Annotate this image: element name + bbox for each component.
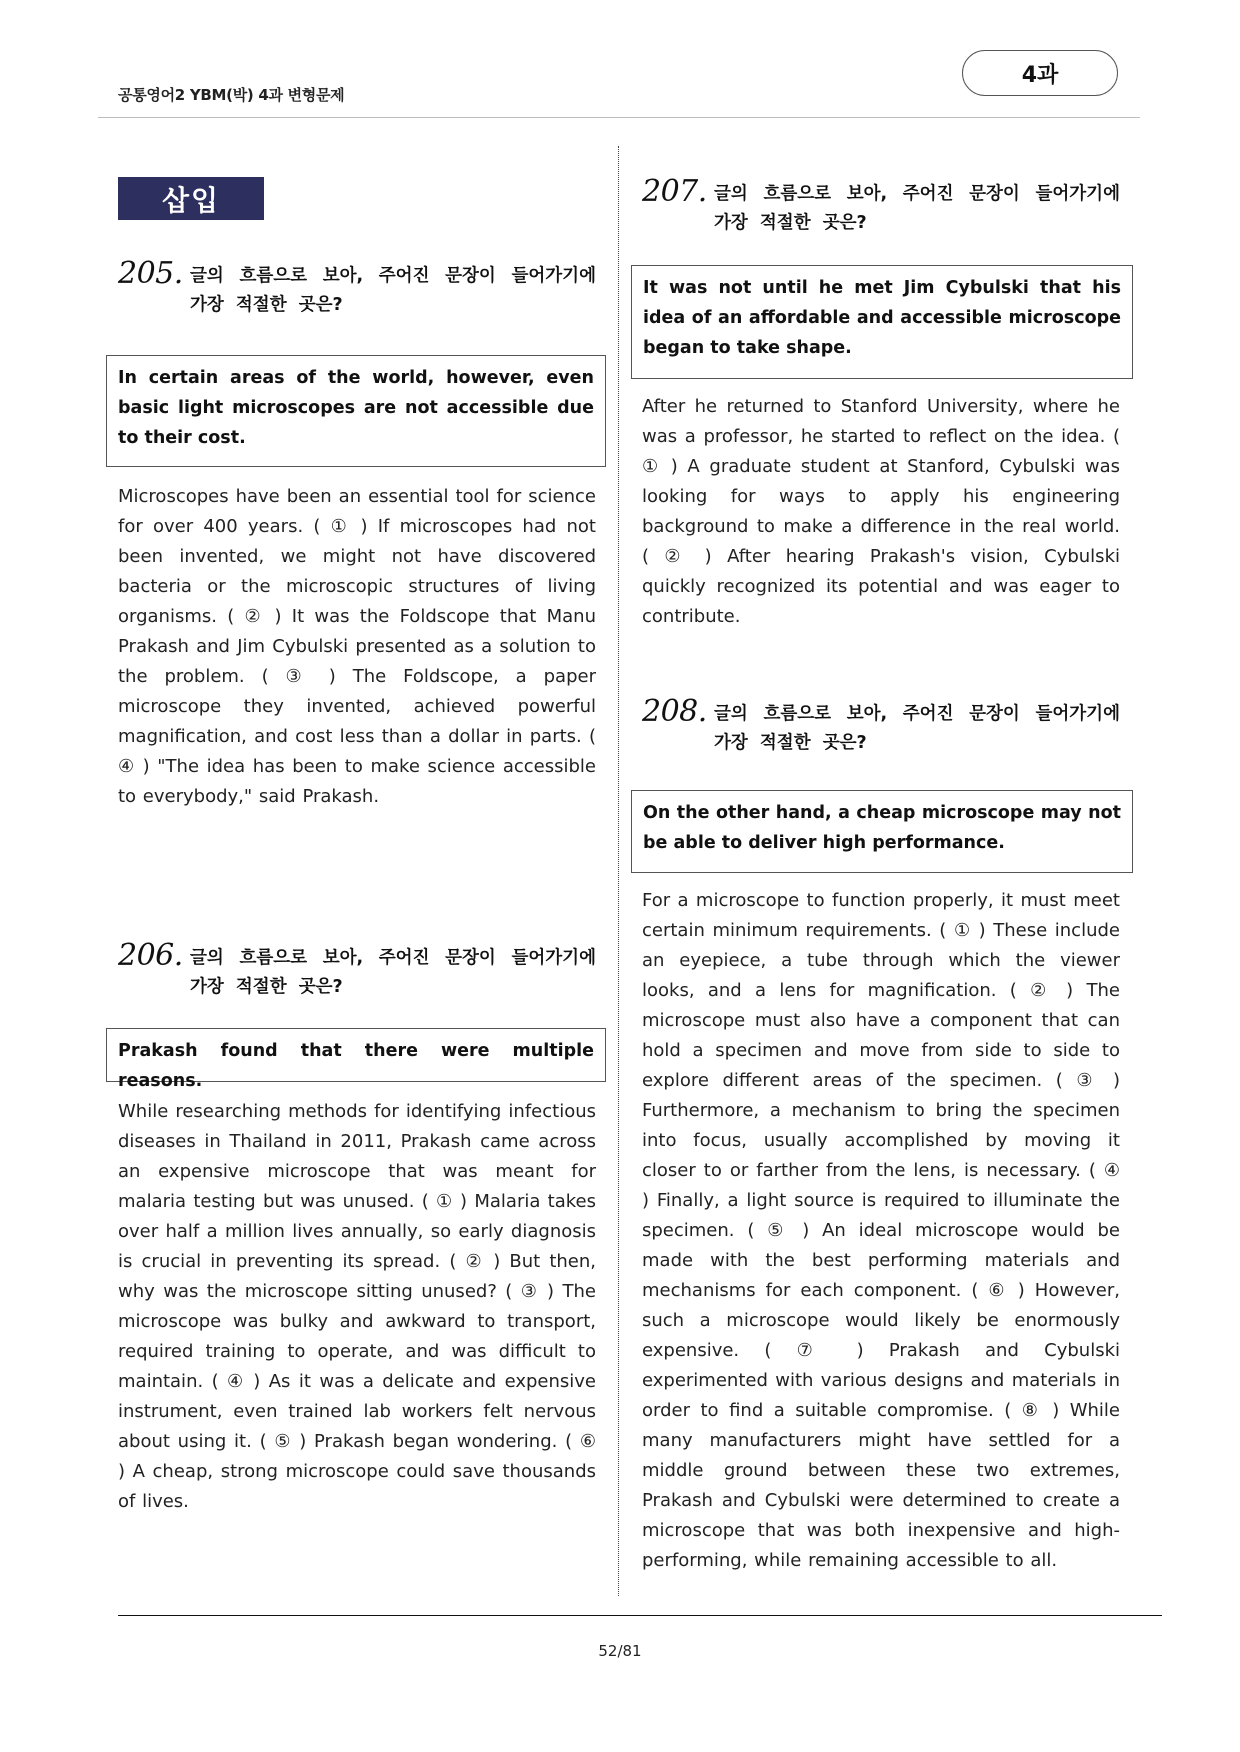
passage-text: After he returned to Stanford University… — [642, 392, 1120, 632]
footer-divider — [118, 1615, 1162, 1616]
passage-text: While researching methods for identifyin… — [118, 1097, 596, 1517]
page-number: 52/81 — [0, 1642, 1240, 1660]
section-badge-label: 삽입 — [162, 179, 220, 219]
given-sentence-box: In certain areas of the world, however, … — [106, 355, 606, 467]
question-number: 206. — [118, 938, 183, 973]
question-prompt: 글의 흐름으로 보아, 주어진 문장이 들어가기에 가장 적절한 곳은? — [714, 700, 1120, 758]
given-sentence-box: On the other hand, a cheap microscope ma… — [631, 790, 1133, 873]
question-number: 207. — [642, 174, 707, 209]
column-divider — [618, 146, 619, 1596]
passage-text: For a microscope to function properly, i… — [642, 886, 1120, 1576]
section-badge: 삽입 — [118, 177, 264, 220]
lesson-badge: 4과 — [962, 50, 1118, 96]
question-number: 205. — [118, 256, 183, 291]
question-prompt: 글의 흐름으로 보아, 주어진 문장이 들어가기에 가장 적절한 곳은? — [714, 180, 1120, 238]
given-sentence-box: Prakash found that there were multiple r… — [106, 1028, 606, 1082]
question-prompt: 글의 흐름으로 보아, 주어진 문장이 들어가기에 가장 적절한 곳은? — [190, 944, 596, 1002]
passage-text: Microscopes have been an essential tool … — [118, 482, 596, 812]
header-divider — [98, 117, 1140, 118]
given-sentence-box: It was not until he met Jim Cybulski tha… — [631, 265, 1133, 379]
document-header-title: 공통영어2 YBM(박) 4과 변형문제 — [118, 84, 344, 105]
question-number: 208. — [642, 694, 707, 729]
lesson-badge-label: 4과 — [1022, 58, 1059, 89]
question-prompt: 글의 흐름으로 보아, 주어진 문장이 들어가기에 가장 적절한 곳은? — [190, 262, 596, 320]
